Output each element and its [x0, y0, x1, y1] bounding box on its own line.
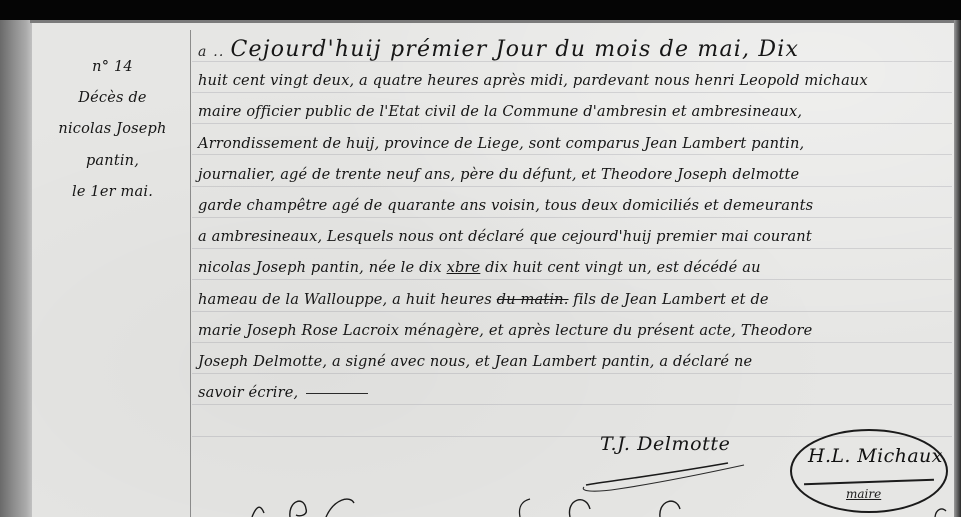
signature-flourish-icon [578, 455, 748, 495]
record-line-text: nicolas Joseph pantin, née le dix [198, 259, 447, 276]
record-line-3: maire officier public de l'Etat civil de… [198, 96, 953, 127]
record-line-2: huit cent vingt deux, a quatre heures ap… [198, 65, 953, 96]
deceased-name: nicolas Joseph [40, 114, 185, 145]
closing-dash [306, 393, 368, 394]
record-line-7: a ambresineaux, Lesquels nous ont déclar… [198, 221, 953, 252]
struck-text: du matin. [497, 291, 569, 308]
margin-label: Décès de [40, 83, 185, 114]
entry-number: n° 14 [40, 52, 185, 83]
lead-mark: a .. [198, 37, 225, 68]
book-gutter-shadow [0, 20, 34, 517]
margin-date: le 1er mai. [40, 177, 185, 208]
record-line-text: savoir écrire, [198, 384, 298, 401]
record-line-8: nicolas Joseph pantin, née le dix xbre d… [198, 252, 953, 283]
record-line-10: marie Joseph Rose Lacroix ménagère, et a… [198, 315, 953, 346]
record-line-9: hameau de la Wallouppe, a huit heures du… [198, 284, 953, 315]
record-line-text: hameau de la Wallouppe, a huit heures [198, 291, 497, 308]
margin-rule [190, 30, 191, 517]
page-right-edge [954, 20, 961, 517]
record-line-text: fils de Jean Lambert et de [569, 291, 769, 308]
record-line-text: Cejourd'huij prémier Jour du mois de mai… [231, 37, 800, 62]
record-line-1: a ..Cejourd'huij prémier Jour du mois de… [198, 34, 953, 65]
record-line-4: Arrondissement de huij, province de Lieg… [198, 128, 953, 159]
margin-annotation: n° 14 Décès de nicolas Joseph pantin, le… [40, 52, 185, 208]
page-top-edge [30, 20, 956, 23]
record-line-6: garde champêtre agé de quarante ans vois… [198, 190, 953, 221]
next-entry-fragment [230, 495, 950, 517]
record-line-5: journalier, agé de trente neuf ans, père… [198, 159, 953, 190]
underlined-month: xbre [447, 259, 481, 276]
record-line-12: savoir écrire, [198, 377, 953, 408]
scan-top-border [0, 0, 961, 22]
witness-signature: T.J. Delmotte [600, 433, 730, 455]
mayor-signature: H.L. Michaux [808, 445, 943, 467]
record-body: a ..Cejourd'huij prémier Jour du mois de… [198, 34, 953, 408]
record-line-text: dix huit cent vingt un, est décédé au [480, 259, 760, 276]
deceased-surname: pantin, [40, 146, 185, 177]
record-line-11: Joseph Delmotte, a signé avec nous, et J… [198, 346, 953, 377]
